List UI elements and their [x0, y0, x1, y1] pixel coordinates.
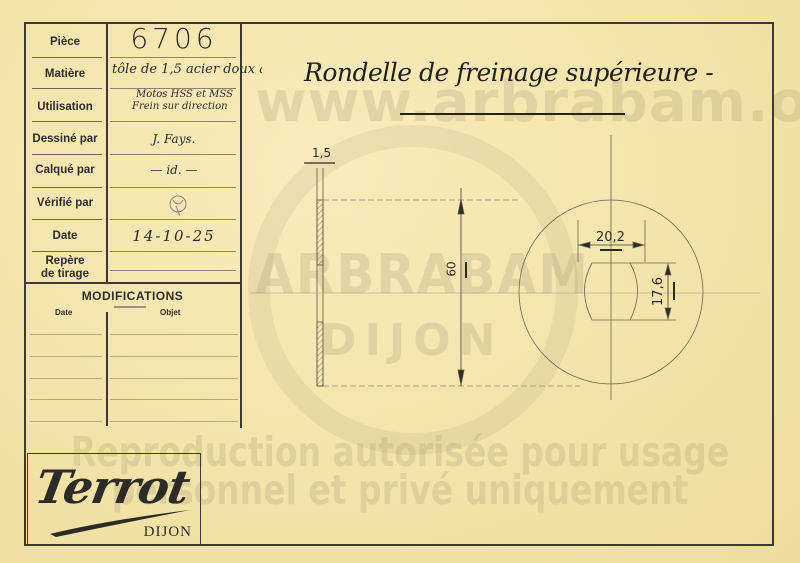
technical-drawing — [0, 0, 800, 563]
front-view — [519, 135, 703, 400]
dim-flat-height: 17,6 — [651, 277, 666, 306]
dim-height: 60 — [445, 261, 459, 276]
dim-thickness: 1,5 — [312, 146, 331, 160]
side-view — [250, 163, 760, 386]
dim-flat-width: 20,2 — [596, 230, 625, 245]
